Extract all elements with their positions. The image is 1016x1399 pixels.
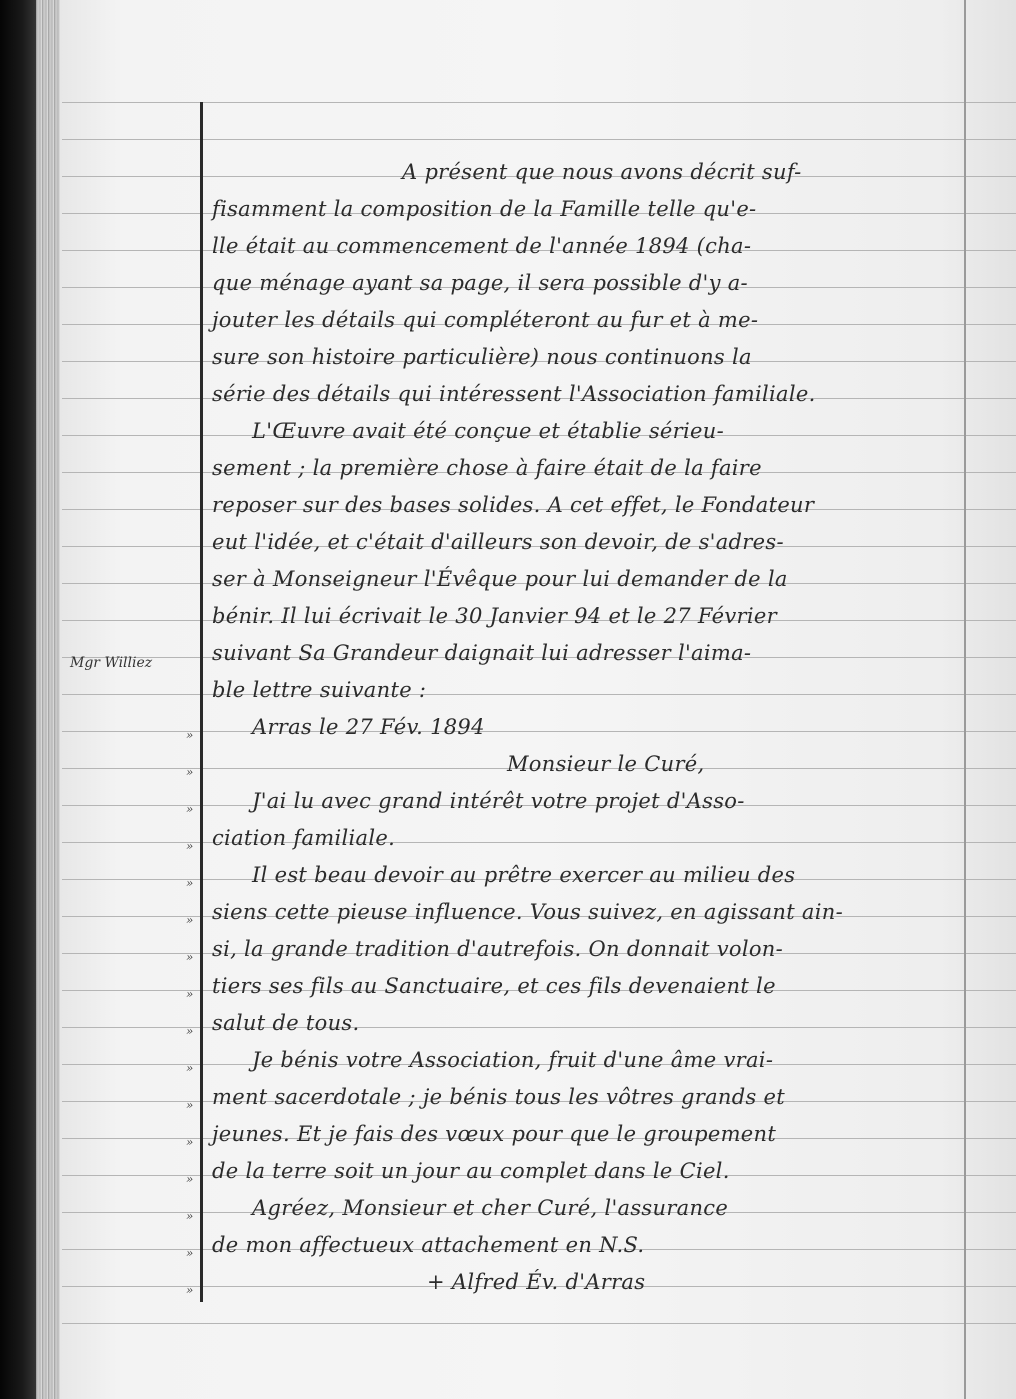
page-crease xyxy=(964,0,966,1399)
quotation-mark: » xyxy=(186,802,193,816)
quotation-mark: » xyxy=(186,1172,193,1186)
quotation-mark: » xyxy=(186,1135,193,1149)
letter-line: Il est beau devoir au prêtre exercer au … xyxy=(212,863,1002,887)
letter-salutation: Monsieur le Curé, xyxy=(212,752,1016,776)
letter-line: siens cette pieuse influence. Vous suive… xyxy=(212,900,962,924)
quotation-mark: » xyxy=(186,1209,193,1223)
page-edges xyxy=(36,0,62,1399)
letter-line: J'ai lu avec grand intérêt votre projet … xyxy=(212,789,1002,813)
margin-rule xyxy=(200,102,203,1302)
quotation-mark: » xyxy=(186,913,193,927)
letter-line: salut de tous. xyxy=(212,1011,962,1035)
letter-line: de mon affectueux attachement en N.S. xyxy=(212,1233,962,1257)
quotation-mark: » xyxy=(186,1061,193,1075)
text-line: ser à Monseigneur l'Évêque pour lui dema… xyxy=(212,567,962,591)
letter-line: jeunes. Et je fais des vœux pour que le … xyxy=(212,1122,962,1146)
text-line: que ménage ayant sa page, il sera possib… xyxy=(212,271,962,295)
book-binding-shadow xyxy=(0,0,38,1399)
text-line: eut l'idée, et c'était d'ailleurs son de… xyxy=(212,530,962,554)
quotation-mark: » xyxy=(186,765,193,779)
text-line: bénir. Il lui écrivait le 30 Janvier 94 … xyxy=(212,604,962,628)
text-line: ble lettre suivante : xyxy=(212,678,962,702)
text-line: L'Œuvre avait été conçue et établie séri… xyxy=(212,419,1002,443)
quotation-mark: » xyxy=(186,1098,193,1112)
quotation-mark: » xyxy=(186,1024,193,1038)
text-line: série des détails qui intéressent l'Asso… xyxy=(212,382,962,406)
quotation-mark: » xyxy=(186,1283,193,1297)
text-line: sure son histoire particulière) nous con… xyxy=(212,345,962,369)
letter-line: Agréez, Monsieur et cher Curé, l'assuran… xyxy=(212,1196,1002,1220)
text-line: A présent que nous avons décrit suf- xyxy=(212,160,1016,184)
letter-place-date: Arras le 27 Fév. 1894 xyxy=(212,715,1002,739)
ruled-line xyxy=(62,139,1016,140)
letter-signature: + Alfred Év. d'Arras xyxy=(212,1270,1016,1294)
letter-line: Je bénis votre Association, fruit d'une … xyxy=(212,1048,1002,1072)
text-line: fisamment la composition de la Famille t… xyxy=(212,197,962,221)
ruled-line xyxy=(62,1323,1016,1324)
text-line: reposer sur des bases solides. A cet eff… xyxy=(212,493,962,517)
text-line: suivant Sa Grandeur daignait lui adresse… xyxy=(212,641,962,665)
text-line: jouter les détails qui compléteront au f… xyxy=(212,308,962,332)
quotation-mark: » xyxy=(186,876,193,890)
text-line: sement ; la première chose à faire était… xyxy=(212,456,962,480)
letter-line: si, la grande tradition d'autrefois. On … xyxy=(212,937,962,961)
quotation-mark: » xyxy=(186,950,193,964)
letter-line: de la terre soit un jour au complet dans… xyxy=(212,1159,962,1183)
quotation-mark: » xyxy=(186,839,193,853)
text-line: lle était au commencement de l'année 189… xyxy=(212,234,962,258)
margin-note: Mgr Williez xyxy=(70,655,152,671)
letter-line: ment sacerdotale ; je bénis tous les vôt… xyxy=(212,1085,962,1109)
quotation-mark: » xyxy=(186,1246,193,1260)
letter-line: tiers ses fils au Sanctuaire, et ces fil… xyxy=(212,974,962,998)
quotation-mark: » xyxy=(186,728,193,742)
quotation-mark: » xyxy=(186,987,193,1001)
ruled-line xyxy=(62,102,1016,103)
letter-line: ciation familiale. xyxy=(212,826,962,850)
